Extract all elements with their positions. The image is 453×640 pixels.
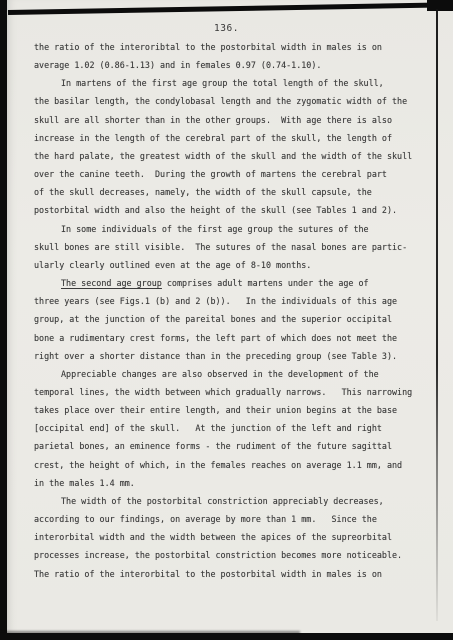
body-paragraph: The width of the postorbital constrictio…: [34, 492, 430, 583]
top-right-scan-edge: [427, 0, 453, 11]
right-margin-rule: [436, 9, 438, 621]
top-scan-bar: [8, 2, 453, 15]
body-paragraph: The second age group comprises adult mar…: [34, 274, 430, 365]
underlined-phrase: The second age group: [61, 278, 162, 288]
body-paragraph: In martens of the first age group the to…: [34, 74, 430, 219]
body-paragraph: In some individuals of the first age gro…: [34, 220, 430, 274]
page-text-block: the ratio of the interoribtal to the pos…: [34, 38, 430, 583]
bottom-scan-edge: [0, 633, 453, 640]
left-scan-edge: [0, 0, 7, 640]
scanned-page: 136. the ratio of the interoribtal to th…: [0, 0, 453, 640]
body-paragraph: the ratio of the interoribtal to the pos…: [34, 38, 430, 74]
page-number: 136.: [200, 23, 253, 34]
body-paragraph: Appreciable changes are also observed in…: [34, 365, 430, 492]
paragraph-continuation: comprises adult martens under the age of…: [34, 278, 397, 361]
